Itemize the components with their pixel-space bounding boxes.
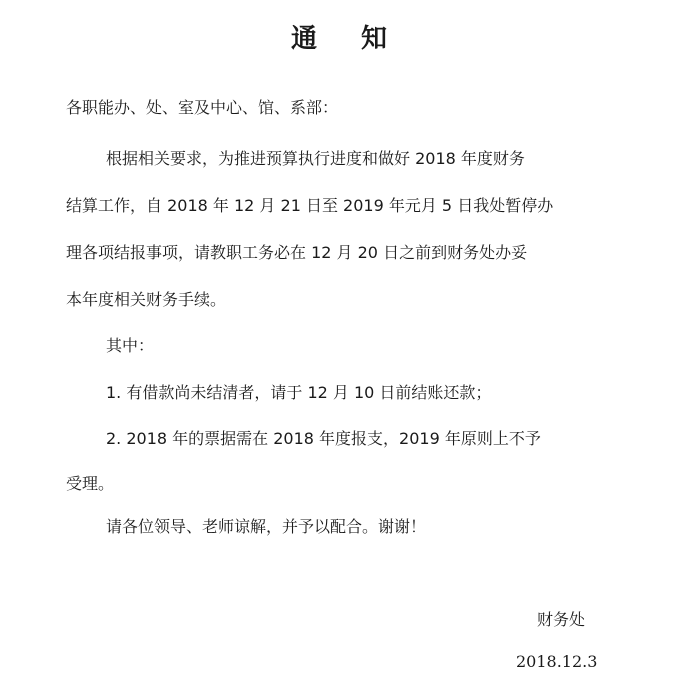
- body-line-4: 本年度相关财务手续。: [66, 290, 226, 310]
- salutation: 各职能办、处、室及中心、馆、系部：: [66, 98, 338, 118]
- body-line-3: 理各项结报事项，请教职工务必在 12 月 20 日之前到财务处办妥: [66, 243, 527, 263]
- closing-remark: 请各位领导、老师谅解，并予以配合。谢谢！: [106, 517, 426, 537]
- list-item-1: 1. 有借款尚未结清者，请于 12 月 10 日前结账还款；: [106, 383, 491, 403]
- list-item-2-continuation: 受理。: [66, 474, 114, 494]
- title-char-2: 知: [361, 18, 387, 55]
- among-label: 其中：: [106, 336, 154, 356]
- date: 2018.12.3: [516, 652, 597, 671]
- list-item-2: 2. 2018 年的票据需在 2018 年度报支，2019 年原则上不予: [106, 429, 541, 449]
- body-line-2: 结算工作，自 2018 年 12 月 21 日至 2019 年元月 5 日我处暂…: [66, 196, 553, 216]
- notice-title: 通知: [0, 18, 678, 55]
- signature: 财务处: [537, 607, 585, 630]
- title-char-1: 通: [291, 18, 317, 55]
- body-line-1: 根据相关要求，为推进预算执行进度和做好 2018 年度财务: [106, 149, 525, 169]
